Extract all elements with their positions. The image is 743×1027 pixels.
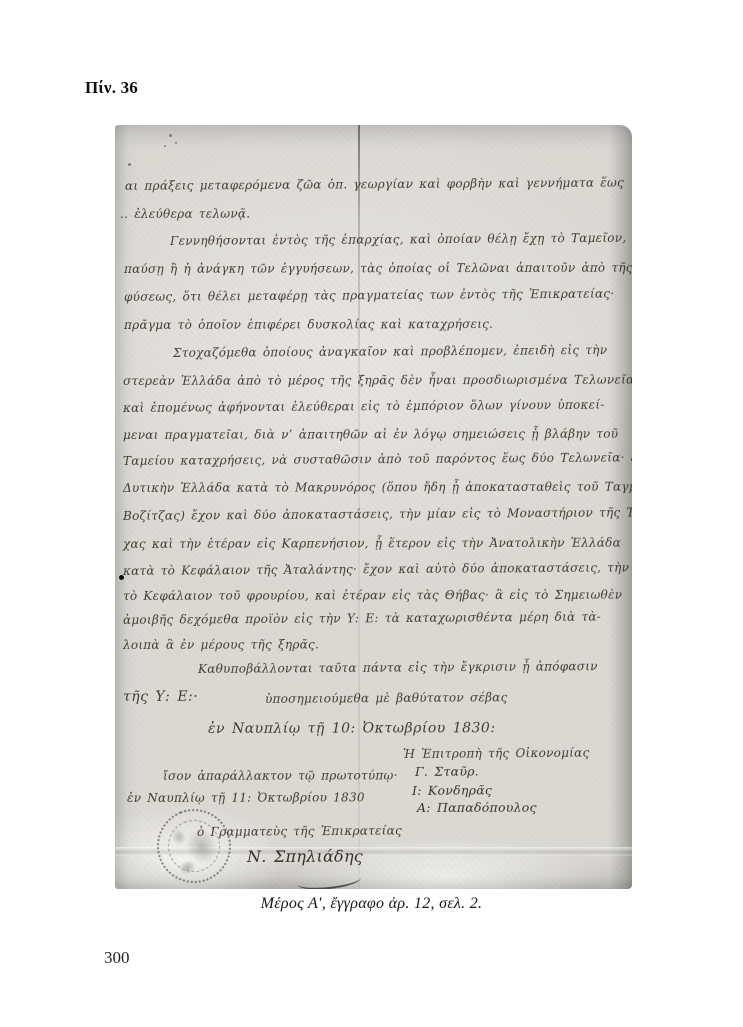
signature: Ν. Σπηλιάδης <box>247 849 363 865</box>
manuscript-line: ἀμοιβῆς δεχόμεθα προϊὸν εἰς τὴν Υ: Ε: τὰ… <box>123 611 601 626</box>
signature: Α: Παπαδόπουλος <box>417 802 537 815</box>
manuscript-line: στερεὰν Ἑλλάδα ἀπὸ τὸ μέρος τῆς ξηρᾶς δὲ… <box>123 374 632 387</box>
figure-caption: Μέρος Α′, ἔγγραφο ἀρ. 12, σελ. 2. <box>0 894 743 915</box>
manuscript-line: Καθυποβάλλονται ταῦτα πάντα εἰς τὴν ἔγκρ… <box>198 660 598 675</box>
manuscript-line: αι πράξεις μεταφερόμενα ζῶα ὁπ. γεωργίαν… <box>125 177 624 192</box>
manuscript-line: πρᾶγμα τὸ ὁποῖον ἐπιφέρει δυσκολίας καὶ … <box>124 318 493 331</box>
manuscript-line-dateline: ἐν Ναυπλίῳ τῇ 10: Ὀκτωβρίου 1830: <box>208 721 496 736</box>
manuscript-line: Βοζίτζας) ἔχον καὶ δύο ἀποκαταστάσεις, τ… <box>123 506 632 522</box>
manuscript-line-dateline: ἐν Ναυπλίῳ τῇ 11: Ὀκτωβρίου 1830 <box>127 791 365 804</box>
manuscript-line: ἴσον ἀπαράλλακτον τῷ πρωτοτύπῳ· <box>163 769 398 782</box>
manuscript-line: λοιπὰ ἃ ἐν μέρους τῆς ξηρᾶς. <box>123 638 319 651</box>
manuscript-line: καὶ ἑπομένως ἀφήνονται ἐλεύθεραι εἰς τὸ … <box>123 399 605 414</box>
stamp-inner-ring <box>160 812 228 880</box>
manuscript-line: Ταμείου καταχρήσεις, νὰ συσταθῶσιν ἀπὸ τ… <box>123 451 632 467</box>
paper-speckle <box>175 142 177 144</box>
manuscript-line: Στοχαζόμεθα ὁποίους ἀναγκαῖον καὶ προβλέ… <box>173 344 607 359</box>
manuscript-line: Ἡ Ἐπιτροπὴ τῆς Οἰκονομίας <box>403 747 590 760</box>
manuscript-line: χας καὶ τὴν ἑτέραν εἰς Καρπενήσιον, ᾗ ἕτ… <box>123 537 621 550</box>
manuscript-line: .. ἐλεύθερα τελωνᾷ. <box>120 208 250 220</box>
manuscript-line: Δυτικὴν Ἑλλάδα κατὰ τὸ Μακρυνόρος (ὅπου … <box>123 481 632 494</box>
manuscript-line: φύσεως, ὅτι θέλει μεταφέρῃ τὰς πραγματεί… <box>124 288 614 303</box>
manuscript-line: τὸ Κεφάλαιον τοῦ φρουρίου, καὶ ἑτέραν εἰ… <box>123 589 622 602</box>
signature: Γ. Σταῦρ. <box>415 766 479 779</box>
manuscript-scan: αι πράξεις μεταφερόμενα ζῶα ὁπ. γεωργίαν… <box>115 125 632 889</box>
paper-speckle <box>128 163 131 166</box>
signature-flourish <box>296 870 361 889</box>
manuscript-line: τῆς Υ: Ε:· <box>123 690 198 704</box>
book-page: { "page": { "plate_label": "Πίν. 36", "c… <box>0 0 743 1027</box>
manuscript-line: μεναι πραγματεῖαι, διὰ ν’ ἀπαιτηθῶν αἱ ἐ… <box>123 428 618 441</box>
manuscript-line: ὑποσημειούμεθα μὲ βαθύτατον σέβας <box>265 691 508 705</box>
manuscript-line: παύσῃ ἢ ἡ ἀνάγκη τῶν ἐγγυήσεων, τὰς ὁποί… <box>124 262 632 275</box>
manuscript-line: Γεννηθήσονται ἐντὸς τῆς ἐπαρχίας, καὶ ὁπ… <box>170 232 632 247</box>
paper-speckle <box>164 145 166 147</box>
stamp-icon <box>146 798 242 889</box>
manuscript-line: κατὰ τὸ Κεφάλαιον τῆς Ἀταλάντης· ἔχον κα… <box>123 561 632 577</box>
signature: Ι: Κονδηρᾶς <box>412 784 492 797</box>
page-number: 300 <box>104 948 130 968</box>
paper-speckle <box>169 134 172 137</box>
plate-label: Πίν. 36 <box>85 78 138 98</box>
